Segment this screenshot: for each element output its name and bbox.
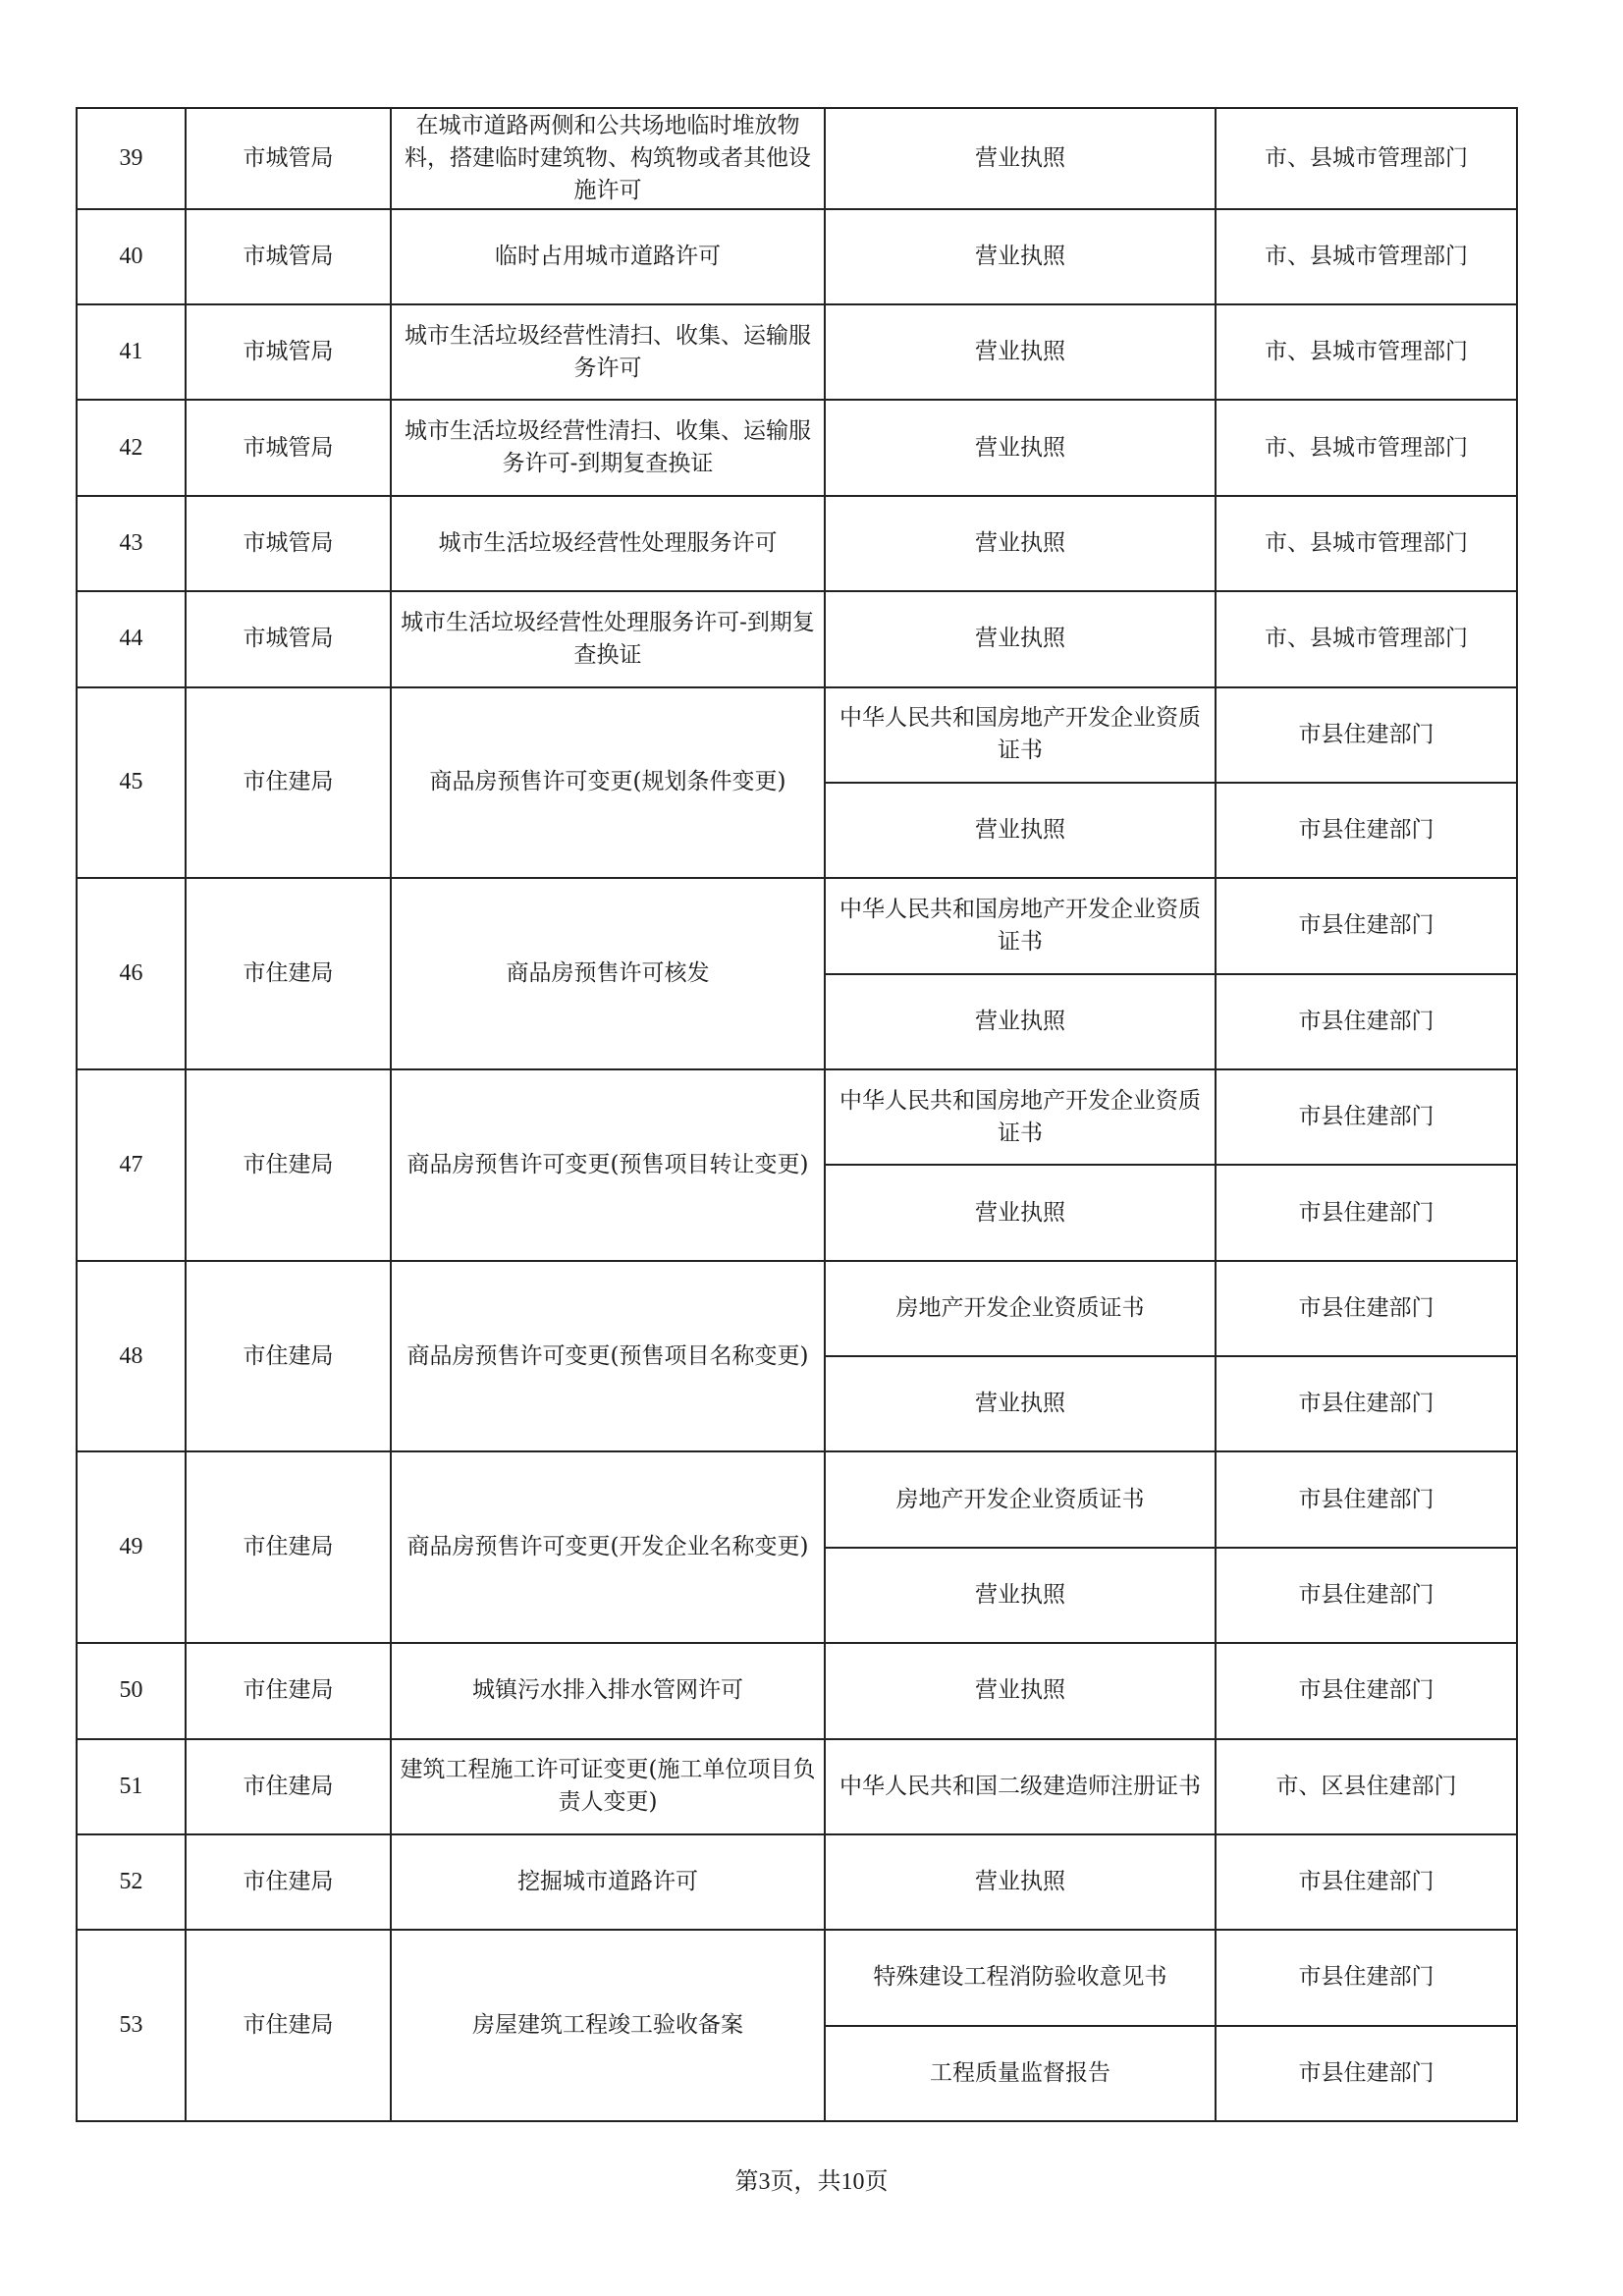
page-footer: 第3页，共10页 <box>0 2166 1623 2198</box>
material-cell: 中华人民共和国房地产开发企业资质证书 <box>825 1069 1216 1165</box>
row-number: 45 <box>77 687 186 879</box>
table-row: 47市住建局商品房预售许可变更(预售项目转让变更)中华人民共和国房地产开发企业资… <box>77 1069 1517 1165</box>
permit-table: 39市城管局在城市道路两侧和公共场地临时堆放物料，搭建临时建筑物、构筑物或者其他… <box>76 107 1518 2122</box>
row-number: 43 <box>77 496 186 591</box>
department-cell: 市城管局 <box>186 304 391 400</box>
issuer-cell: 市县住建部门 <box>1216 1069 1517 1165</box>
permit-item-cell: 商品房预售许可变更(预售项目名称变更) <box>391 1261 825 1452</box>
permit-item-cell: 城市生活垃圾经营性清扫、收集、运输服务许可 <box>391 304 825 400</box>
material-cell: 营业执照 <box>825 974 1216 1069</box>
material-cell: 营业执照 <box>825 400 1216 495</box>
table-row: 42市城管局城市生活垃圾经营性清扫、收集、运输服务许可-到期复查换证营业执照市、… <box>77 400 1517 495</box>
department-cell: 市城管局 <box>186 108 391 209</box>
issuer-cell: 市县住建部门 <box>1216 974 1517 1069</box>
issuer-cell: 市县住建部门 <box>1216 783 1517 878</box>
department-cell: 市住建局 <box>186 1261 391 1452</box>
issuer-cell: 市县住建部门 <box>1216 1451 1517 1547</box>
table-row: 53市住建局房屋建筑工程竣工验收备案特殊建设工程消防验收意见书市县住建部门 <box>77 1930 1517 2025</box>
permit-item-cell: 在城市道路两侧和公共场地临时堆放物料，搭建临时建筑物、构筑物或者其他设施许可 <box>391 108 825 209</box>
permit-item-cell: 建筑工程施工许可证变更(施工单位项目负责人变更) <box>391 1739 825 1834</box>
table-row: 49市住建局商品房预售许可变更(开发企业名称变更)房地产开发企业资质证书市县住建… <box>77 1451 1517 1547</box>
department-cell: 市住建局 <box>186 687 391 879</box>
issuer-cell: 市县住建部门 <box>1216 1165 1517 1260</box>
department-cell: 市城管局 <box>186 209 391 304</box>
material-cell: 中华人民共和国房地产开发企业资质证书 <box>825 687 1216 783</box>
material-cell: 营业执照 <box>825 496 1216 591</box>
row-number: 48 <box>77 1261 186 1452</box>
permit-table-body: 39市城管局在城市道路两侧和公共场地临时堆放物料，搭建临时建筑物、构筑物或者其他… <box>77 108 1517 2121</box>
row-number: 41 <box>77 304 186 400</box>
material-cell: 房地产开发企业资质证书 <box>825 1261 1216 1356</box>
permit-item-cell: 城镇污水排入排水管网许可 <box>391 1643 825 1738</box>
row-number: 42 <box>77 400 186 495</box>
material-cell: 营业执照 <box>825 1643 1216 1738</box>
row-number: 44 <box>77 591 186 686</box>
table-row: 45市住建局商品房预售许可变更(规划条件变更)中华人民共和国房地产开发企业资质证… <box>77 687 1517 783</box>
table-row: 50市住建局城镇污水排入排水管网许可营业执照市县住建部门 <box>77 1643 1517 1738</box>
material-cell: 营业执照 <box>825 1165 1216 1260</box>
row-number: 47 <box>77 1069 186 1261</box>
material-cell: 营业执照 <box>825 1548 1216 1643</box>
issuer-cell: 市县住建部门 <box>1216 1548 1517 1643</box>
table-row: 46市住建局商品房预售许可核发中华人民共和国房地产开发企业资质证书市县住建部门 <box>77 878 1517 973</box>
department-cell: 市住建局 <box>186 1069 391 1261</box>
issuer-cell: 市、县城市管理部门 <box>1216 304 1517 400</box>
issuer-cell: 市县住建部门 <box>1216 1834 1517 1930</box>
department-cell: 市城管局 <box>186 400 391 495</box>
material-cell: 中华人民共和国房地产开发企业资质证书 <box>825 878 1216 973</box>
material-cell: 营业执照 <box>825 108 1216 209</box>
permit-item-cell: 房屋建筑工程竣工验收备案 <box>391 1930 825 2121</box>
table-row: 40市城管局临时占用城市道路许可营业执照市、县城市管理部门 <box>77 209 1517 304</box>
issuer-cell: 市县住建部门 <box>1216 687 1517 783</box>
row-number: 49 <box>77 1451 186 1643</box>
material-cell: 营业执照 <box>825 783 1216 878</box>
issuer-cell: 市县住建部门 <box>1216 1643 1517 1738</box>
material-cell: 房地产开发企业资质证书 <box>825 1451 1216 1547</box>
department-cell: 市住建局 <box>186 1643 391 1738</box>
issuer-cell: 市县住建部门 <box>1216 1930 1517 2025</box>
permit-item-cell: 商品房预售许可变更(规划条件变更) <box>391 687 825 879</box>
row-number: 50 <box>77 1643 186 1738</box>
issuer-cell: 市、区县住建部门 <box>1216 1739 1517 1834</box>
department-cell: 市住建局 <box>186 878 391 1069</box>
issuer-cell: 市、县城市管理部门 <box>1216 496 1517 591</box>
issuer-cell: 市县住建部门 <box>1216 1356 1517 1451</box>
issuer-cell: 市县住建部门 <box>1216 2026 1517 2121</box>
table-row: 43市城管局城市生活垃圾经营性处理服务许可营业执照市、县城市管理部门 <box>77 496 1517 591</box>
issuer-cell: 市、县城市管理部门 <box>1216 209 1517 304</box>
department-cell: 市住建局 <box>186 1930 391 2121</box>
department-cell: 市住建局 <box>186 1739 391 1834</box>
row-number: 40 <box>77 209 186 304</box>
row-number: 53 <box>77 1930 186 2121</box>
permit-item-cell: 商品房预售许可变更(预售项目转让变更) <box>391 1069 825 1261</box>
issuer-cell: 市、县城市管理部门 <box>1216 108 1517 209</box>
permit-item-cell: 临时占用城市道路许可 <box>391 209 825 304</box>
issuer-cell: 市县住建部门 <box>1216 1261 1517 1356</box>
permit-item-cell: 商品房预售许可变更(开发企业名称变更) <box>391 1451 825 1643</box>
material-cell: 营业执照 <box>825 1356 1216 1451</box>
department-cell: 市住建局 <box>186 1451 391 1643</box>
permit-item-cell: 城市生活垃圾经营性处理服务许可 <box>391 496 825 591</box>
table-row: 44市城管局城市生活垃圾经营性处理服务许可-到期复查换证营业执照市、县城市管理部… <box>77 591 1517 686</box>
material-cell: 营业执照 <box>825 591 1216 686</box>
material-cell: 营业执照 <box>825 1834 1216 1930</box>
permit-item-cell: 城市生活垃圾经营性处理服务许可-到期复查换证 <box>391 591 825 686</box>
table-row: 39市城管局在城市道路两侧和公共场地临时堆放物料，搭建临时建筑物、构筑物或者其他… <box>77 108 1517 209</box>
issuer-cell: 市县住建部门 <box>1216 878 1517 973</box>
issuer-cell: 市、县城市管理部门 <box>1216 591 1517 686</box>
department-cell: 市城管局 <box>186 496 391 591</box>
issuer-cell: 市、县城市管理部门 <box>1216 400 1517 495</box>
row-number: 39 <box>77 108 186 209</box>
table-row: 48市住建局商品房预售许可变更(预售项目名称变更)房地产开发企业资质证书市县住建… <box>77 1261 1517 1356</box>
material-cell: 营业执照 <box>825 304 1216 400</box>
permit-item-cell: 商品房预售许可核发 <box>391 878 825 1069</box>
table-row: 52市住建局挖掘城市道路许可营业执照市县住建部门 <box>77 1834 1517 1930</box>
material-cell: 营业执照 <box>825 209 1216 304</box>
material-cell: 工程质量监督报告 <box>825 2026 1216 2121</box>
row-number: 51 <box>77 1739 186 1834</box>
row-number: 52 <box>77 1834 186 1930</box>
permit-item-cell: 城市生活垃圾经营性清扫、收集、运输服务许可-到期复查换证 <box>391 400 825 495</box>
material-cell: 中华人民共和国二级建造师注册证书 <box>825 1739 1216 1834</box>
department-cell: 市城管局 <box>186 591 391 686</box>
permit-item-cell: 挖掘城市道路许可 <box>391 1834 825 1930</box>
department-cell: 市住建局 <box>186 1834 391 1930</box>
row-number: 46 <box>77 878 186 1069</box>
table-row: 41市城管局城市生活垃圾经营性清扫、收集、运输服务许可营业执照市、县城市管理部门 <box>77 304 1517 400</box>
table-row: 51市住建局建筑工程施工许可证变更(施工单位项目负责人变更)中华人民共和国二级建… <box>77 1739 1517 1834</box>
material-cell: 特殊建设工程消防验收意见书 <box>825 1930 1216 2025</box>
